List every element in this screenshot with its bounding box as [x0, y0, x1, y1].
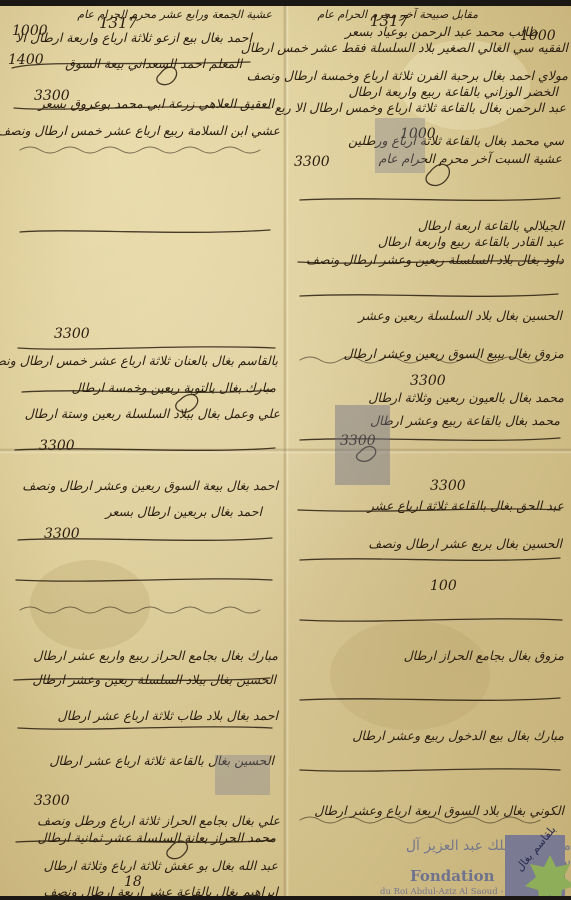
ledger-line: عبد الله بغال بو عغش ثلاثة ارباع وثلاثة …	[44, 858, 278, 873]
ledger-line: مولاي احمد بغال برحبة الفرن ثلاثة ارباع …	[247, 68, 568, 83]
amount: 3300	[410, 373, 446, 389]
ledger-line: الحسين بغال بربع عشر ارطال ونصف	[368, 536, 562, 551]
ledger-line: احمد بغال بربعين ارطال بسعر	[106, 504, 262, 519]
watermark-tile	[335, 405, 390, 485]
ledger-line: طالب محمد عبد الرحمن بوعياد بسعر	[345, 24, 538, 39]
ledger-line: المعلم احمد السعداني بيعة السوق	[65, 56, 242, 71]
ledger-line: عبد القادر بالقاعة ربيع واربعة ارطال	[378, 234, 564, 249]
ledger-line: احمد بغال بلاد طاب ثلاثة ارباع عشر ارطال	[58, 708, 278, 723]
ledger-line: مبارك بغال بيع الدخول ربيع وعشر ارطال	[352, 728, 564, 743]
amount: 3300	[39, 438, 75, 454]
ledger-line: مزوق بغال ببيع السوق ربعين وعشر ارطال	[343, 346, 564, 361]
ledger-line: بالقاسم بغال بالعنان ثلاثة ارباع عشر خمس…	[0, 353, 278, 368]
watermark-tile	[215, 755, 270, 795]
manuscript-page: عشية الجمعة ورابع عشر محرم الحرام عام 13…	[0, 0, 571, 900]
ledger-line: عبد الحق بغال بالقاعة ثلاثة ارباع عشر	[368, 498, 564, 513]
ledger-line: مبارك بغال بجامع الحراز ربيع واربع عشر ا…	[33, 648, 278, 663]
ledger-line: عشي ابن السلامة ربيع ارباع عشر خمس ارطال…	[0, 123, 280, 138]
ledger-line: مزوق بغال بجامع الحراز ارطال	[404, 648, 564, 663]
amount: 3300	[294, 154, 330, 170]
ledger-line: مبارك بغال بالتوبة ربعين وخمسة ارطال	[72, 380, 276, 395]
amount: 100	[430, 578, 457, 594]
scan-edge-bottom	[0, 896, 571, 900]
amount: 1400	[8, 52, 44, 68]
ledger-line: الفقيه سي الغالي الصغير بلاد السلسلة فقط…	[241, 40, 568, 55]
ledger-line: الجيلالي بالقاعة اربعة ارطال	[418, 218, 564, 233]
ledger-line: الكوني بغال بلاد السوق اربعة ارباع وعشر …	[314, 803, 564, 818]
amount: 3300	[34, 793, 70, 809]
ledger-line: الحسين بغال ببلاد السلسلة ربعين وعشر ارط…	[32, 672, 276, 687]
right-column: مقابل صبيحة آخر محرم الحرام عام 1317 100…	[290, 8, 568, 888]
ledger-line: احمد بغال بيع ازعو ثلاثة ارباع واربعة ار…	[15, 30, 252, 45]
ledger-line: علي وعمل بغال ببلاد السلسلة ربعين وستة ا…	[25, 406, 280, 421]
amount: 3300	[430, 478, 466, 494]
ledger-line: عبد الرحمن بغال بالقاعة ثلاثة ارباع وخمس…	[275, 100, 566, 115]
ledger-line: داود بغال بلاد السلسلة ربعين وعشر ارطال …	[306, 252, 564, 267]
ledger-line: احمد بغال بيعة السوق ربعين وعشر ارطال ون…	[22, 478, 278, 493]
amount: 3300	[54, 326, 90, 342]
ledger-line: الحسين بغال بلاد السلسلة ربعين وعشر	[359, 308, 563, 323]
ledger-line: علي بغال بجامع الحراز ثلاثة ارباع ورطل و…	[37, 813, 280, 828]
scan-edge-top	[0, 0, 571, 6]
ledger-line: محمد بغال بالقاعة ربيع وعشر ارطال	[370, 413, 560, 428]
amount: 3300	[44, 526, 80, 542]
watermark-tile	[375, 118, 425, 173]
ledger-line: محمد الحراز بعانة السلسلة عشر ثمانية ارط…	[37, 830, 276, 845]
ledger-line: العقيق العلاهي زرعة ابي محمد بوعروق بسعر	[39, 96, 274, 111]
ledger-line: محمد بغال بالعيون ربعين وثلاثة ارطال	[368, 390, 564, 405]
foundation-name: Fondation	[410, 867, 495, 885]
ledger-line: الخضر الوزاني بالقاعة ربيع واربعة ارطال	[348, 84, 558, 99]
